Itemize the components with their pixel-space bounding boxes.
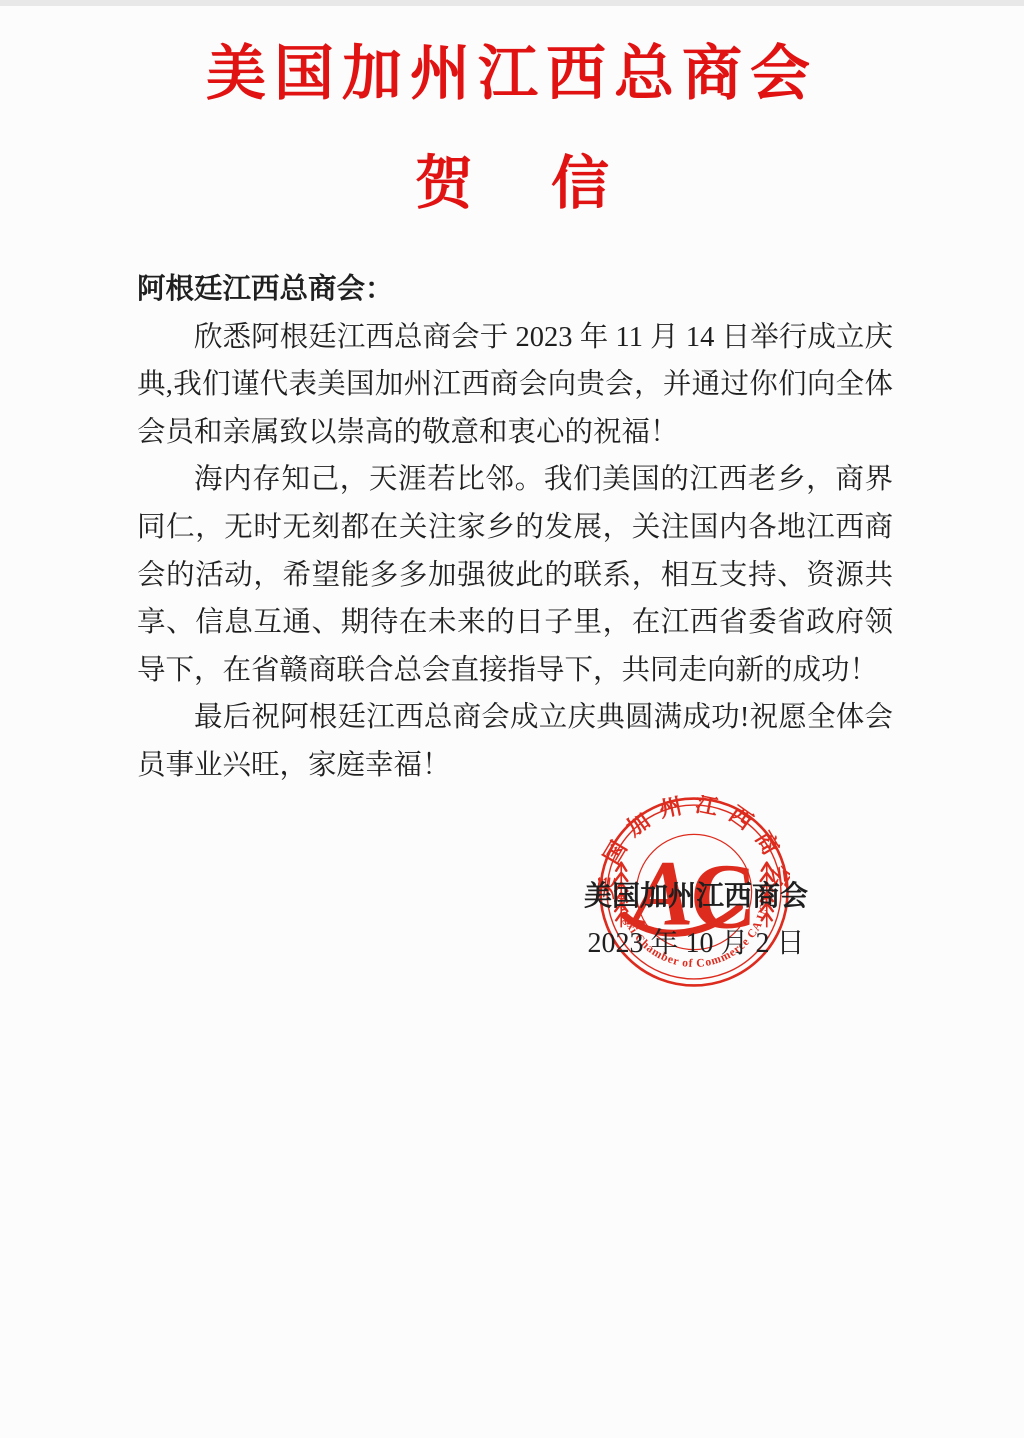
paragraph-1: 欣悉阿根廷江西总商会于 2023 年 11 月 14 日举行成立庆典,我们谨代表… [137,314,893,457]
page-top-strip [0,0,1024,6]
letterhead-org-title: 美国加州江西总商会 [0,26,1024,112]
signature-org: 美国加州江西商会 [540,880,852,914]
doc-title: 贺 信 [0,136,1024,220]
letter-page: 美国加州江西总商会 贺 信 阿根廷江西总商会： 欣悉阿根廷江西总商会于 2023… [0,0,1024,1438]
doc-title-char1: 贺 [415,136,473,220]
paragraph-2: 海内存知己，天涯若比邻。我们美国的江西老乡，商界同仁，无时无刻都在关注家乡的发展… [137,456,893,694]
paragraph-3: 最后祝阿根廷江西总商会成立庆典圆满成功!祝愿全体会员事业兴旺，家庭幸福！ [137,694,893,789]
letter-body: 阿根廷江西总商会： 欣悉阿根廷江西总商会于 2023 年 11 月 14 日举行… [137,266,893,790]
salutation: 阿根廷江西总商会： [137,266,893,314]
doc-title-char2: 信 [551,136,609,220]
signature-block: 美国加州江西商会 2023 年 10 月 2 日 [540,880,852,961]
signature-date: 2023 年 10 月 2 日 [540,927,852,961]
